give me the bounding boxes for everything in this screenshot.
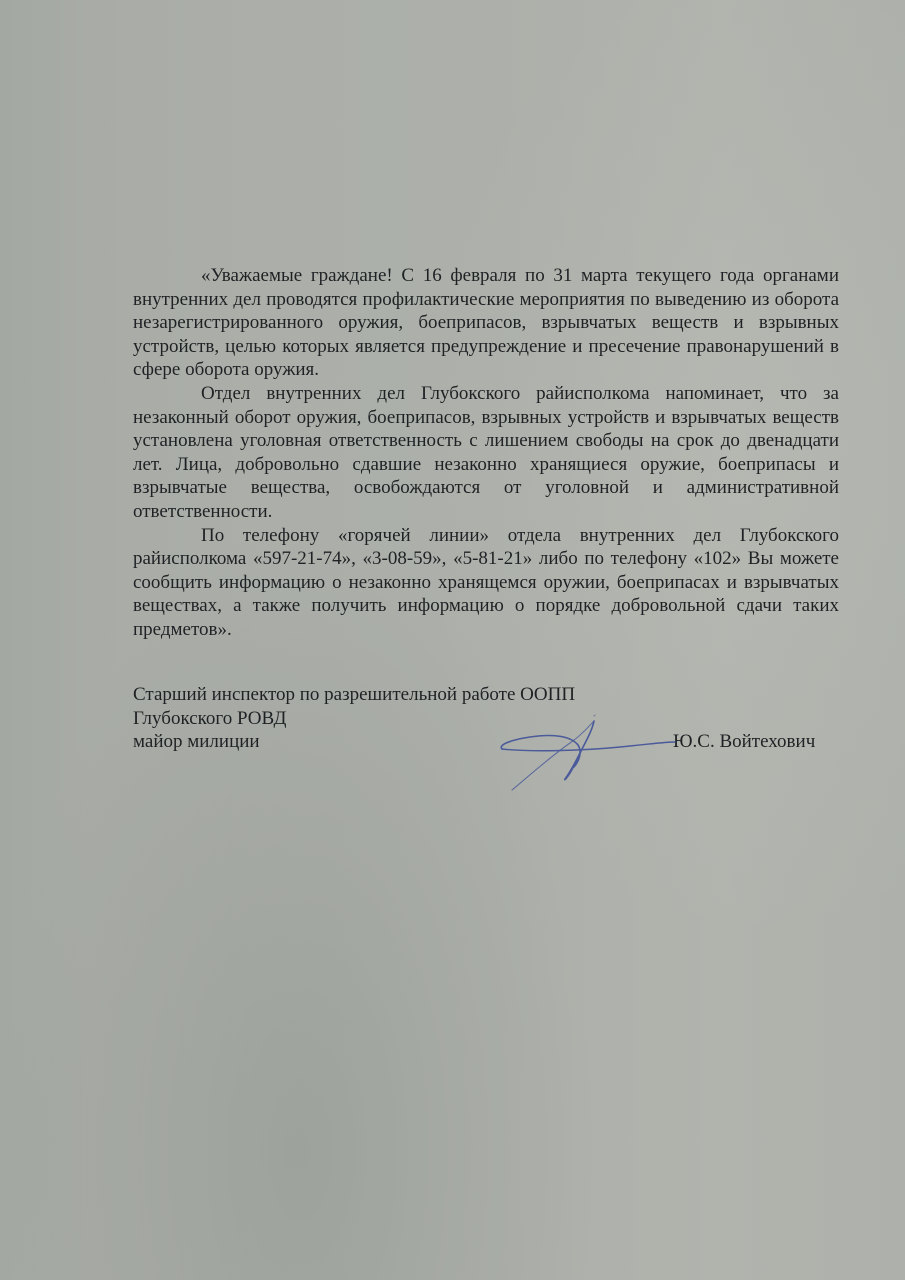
paragraph-liability: Отдел внутренних дел Глубокского райиспо… [133, 382, 839, 524]
document-body: «Уважаемые граждане! С 16 февраля по 31 … [133, 264, 839, 642]
paragraph-hotline: По телефону «горячей линии» отдела внутр… [133, 524, 839, 642]
handwritten-signature-icon [470, 705, 690, 815]
document-page: «Уважаемые граждане! С 16 февраля по 31 … [0, 0, 905, 1280]
signer-position: Старший инспектор по разрешительной рабо… [133, 683, 853, 707]
signer-name: Ю.С. Войтехович [673, 730, 815, 754]
paragraph-announcement: «Уважаемые граждане! С 16 февраля по 31 … [133, 264, 839, 382]
